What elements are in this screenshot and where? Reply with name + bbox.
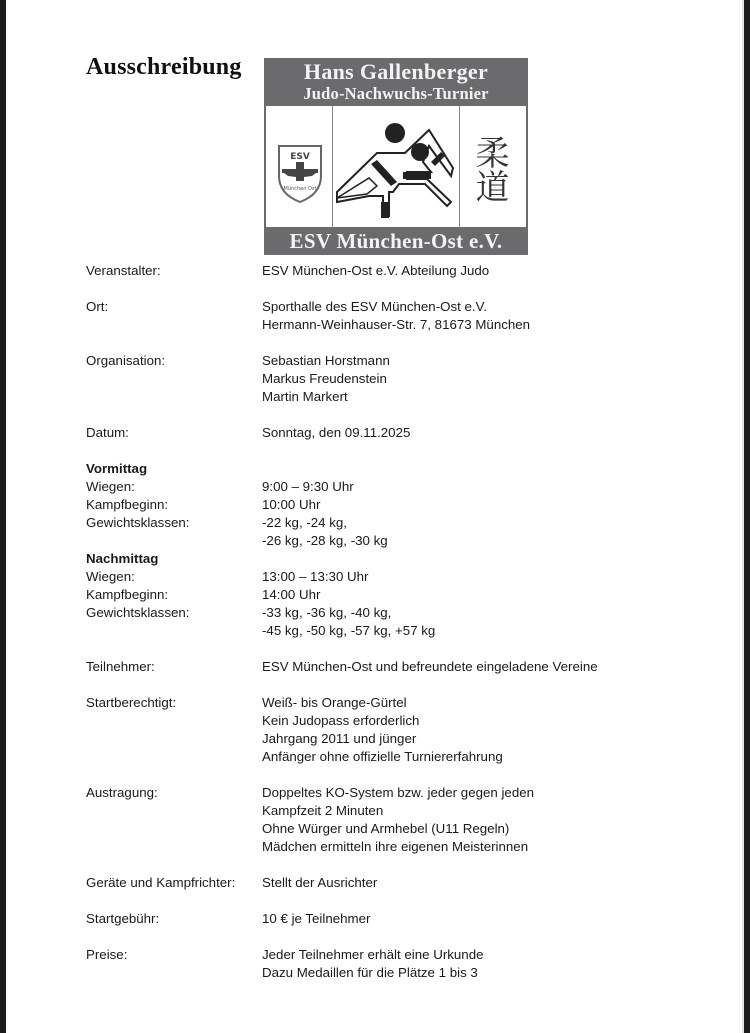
value-line: Kein Judopass erforderlich [262, 712, 726, 730]
logo-image-row: ESV München Ost [266, 106, 526, 227]
spacer [86, 406, 726, 424]
value-ort: Sporthalle des ESV München-Ost e.V. Herm… [262, 298, 726, 334]
value-kampfbeginn: 10:00 Uhr [262, 496, 726, 514]
logo-footer: ESV München-Ost e.V. [264, 227, 528, 255]
spacer [86, 856, 726, 874]
row-datum: Datum: Sonntag, den 09.11.2025 [86, 424, 726, 442]
label-startberechtigt: Startberechtigt: [86, 694, 262, 766]
value-line: -26 kg, -28 kg, -30 kg [262, 532, 726, 550]
value-line: Sonntag, den 09.11.2025 [262, 424, 726, 442]
row-geraete: Geräte und Kampfrichter: Stellt der Ausr… [86, 874, 726, 892]
value-line: Martin Markert [262, 388, 726, 406]
row-startberechtigt: Startberechtigt: Weiß- bis Orange-Gürtel… [86, 694, 726, 766]
spacer [86, 334, 726, 352]
value-line: Anfänger ohne offizielle Turniererfahrun… [262, 748, 726, 766]
value-veranstalter: ESV München-Ost e.V. Abteilung Judo [262, 262, 726, 280]
value-organisation: Sebastian Horstmann Markus Freudenstein … [262, 352, 726, 406]
row-nachmittag-gewichtsklassen: Gewichtsklassen: -33 kg, -36 kg, -40 kg,… [86, 604, 726, 640]
value-geraete: Stellt der Ausrichter [262, 874, 726, 892]
esv-crest-icon: ESV München Ost [266, 106, 332, 227]
row-austragung: Austragung: Doppeltes KO-System bzw. jed… [86, 784, 726, 856]
label-austragung: Austragung: [86, 784, 262, 856]
judo-kanji: 柔道 [474, 114, 514, 224]
value-teilnehmer: ESV München-Ost und befreundete eingelad… [262, 658, 726, 676]
club-crest-cell: ESV München Ost [266, 106, 333, 227]
value-line: -45 kg, -50 kg, -57 kg, +57 kg [262, 622, 726, 640]
tournament-logo: Hans Gallenberger Judo-Nachwuchs-Turnier… [264, 58, 528, 255]
label-wiegen: Wiegen: [86, 478, 262, 496]
value-wiegen: 13:00 – 13:30 Uhr [262, 568, 726, 586]
document-page: Ausschreibung Hans Gallenberger Judo-Nac… [6, 0, 744, 1033]
label-kampfbeginn: Kampfbeginn: [86, 496, 262, 514]
value-wiegen: 9:00 – 9:30 Uhr [262, 478, 726, 496]
value-line: Ohne Würger und Armhebel (U11 Regeln) [262, 820, 726, 838]
label-datum: Datum: [86, 424, 262, 442]
label-veranstalter: Veranstalter: [86, 262, 262, 280]
heading-nachmittag: Nachmittag [86, 550, 726, 568]
spacer [86, 640, 726, 658]
label-gewichtsklassen: Gewichtsklassen: [86, 604, 262, 640]
value-preise: Jeder Teilnehmer erhält eine Urkunde Daz… [262, 946, 726, 982]
value-kampfbeginn: 14:00 Uhr [262, 586, 726, 604]
row-veranstalter: Veranstalter: ESV München-Ost e.V. Abtei… [86, 262, 726, 280]
value-line: Dazu Medaillen für die Plätze 1 bis 3 [262, 964, 726, 982]
value-line: Sebastian Horstmann [262, 352, 726, 370]
heading-vormittag: Vormittag [86, 460, 726, 478]
spacer [86, 280, 726, 298]
row-nachmittag-wiegen: Wiegen: 13:00 – 13:30 Uhr [86, 568, 726, 586]
page-title: Ausschreibung [86, 54, 242, 81]
value-datum: Sonntag, den 09.11.2025 [262, 424, 726, 442]
svg-text:ESV: ESV [290, 152, 310, 162]
value-startgebuehr: 10 € je Teilnehmer [262, 910, 726, 928]
spacer [86, 928, 726, 946]
value-line: ESV München-Ost e.V. Abteilung Judo [262, 262, 726, 280]
value-line: Sporthalle des ESV München-Ost e.V. [262, 298, 726, 316]
row-organisation: Organisation: Sebastian Horstmann Markus… [86, 352, 726, 406]
value-line: Mädchen ermitteln ihre eigenen Meisterin… [262, 838, 726, 856]
value-line: ESV München-Ost und befreundete eingelad… [262, 658, 726, 676]
value-line: Kampfzeit 2 Minuten [262, 802, 726, 820]
value-gewichtsklassen: -33 kg, -36 kg, -40 kg, -45 kg, -50 kg, … [262, 604, 726, 640]
judo-pictogram-cell [333, 106, 460, 227]
judo-fighters-icon [333, 106, 459, 227]
label-preise: Preise: [86, 946, 262, 982]
row-nachmittag-kampfbeginn: Kampfbeginn: 14:00 Uhr [86, 586, 726, 604]
row-preise: Preise: Jeder Teilnehmer erhält eine Urk… [86, 946, 726, 982]
spacer [86, 892, 726, 910]
kanji-cell: 柔道 [460, 106, 526, 227]
label-ort: Ort: [86, 298, 262, 334]
label-startgebuehr: Startgebühr: [86, 910, 262, 928]
label-wiegen: Wiegen: [86, 568, 262, 586]
label-organisation: Organisation: [86, 352, 262, 406]
row-teilnehmer: Teilnehmer: ESV München-Ost und befreund… [86, 658, 726, 676]
value-gewichtsklassen: -22 kg, -24 kg, -26 kg, -28 kg, -30 kg [262, 514, 726, 550]
logo-title: Hans Gallenberger [264, 58, 528, 85]
label-geraete: Geräte und Kampfrichter: [86, 874, 262, 892]
logo-header: Hans Gallenberger Judo-Nachwuchs-Turnier [264, 58, 528, 106]
tournament-details: Veranstalter: ESV München-Ost e.V. Abtei… [86, 262, 726, 982]
value-austragung: Doppeltes KO-System bzw. jeder gegen jed… [262, 784, 726, 856]
logo-subtitle: Judo-Nachwuchs-Turnier [264, 85, 528, 103]
row-ort: Ort: Sporthalle des ESV München-Ost e.V.… [86, 298, 726, 334]
value-line: Doppeltes KO-System bzw. jeder gegen jed… [262, 784, 726, 802]
value-startberechtigt: Weiß- bis Orange-Gürtel Kein Judopass er… [262, 694, 726, 766]
value-line: 10 € je Teilnehmer [262, 910, 726, 928]
spacer [86, 442, 726, 460]
row-vormittag-kampfbeginn: Kampfbeginn: 10:00 Uhr [86, 496, 726, 514]
value-line: Markus Freudenstein [262, 370, 726, 388]
value-line: -33 kg, -36 kg, -40 kg, [262, 604, 726, 622]
row-vormittag-wiegen: Wiegen: 9:00 – 9:30 Uhr [86, 478, 726, 496]
label-kampfbeginn: Kampfbeginn: [86, 586, 262, 604]
value-line: Weiß- bis Orange-Gürtel [262, 694, 726, 712]
value-line: -22 kg, -24 kg, [262, 514, 726, 532]
value-line: Jahrgang 2011 und jünger [262, 730, 726, 748]
spacer [86, 766, 726, 784]
row-startgebuehr: Startgebühr: 10 € je Teilnehmer [86, 910, 726, 928]
spacer [86, 676, 726, 694]
label-gewichtsklassen: Gewichtsklassen: [86, 514, 262, 550]
value-line: Jeder Teilnehmer erhält eine Urkunde [262, 946, 726, 964]
row-vormittag-gewichtsklassen: Gewichtsklassen: -22 kg, -24 kg, -26 kg,… [86, 514, 726, 550]
value-line: Stellt der Ausrichter [262, 874, 726, 892]
svg-text:München Ost: München Ost [284, 186, 317, 192]
value-line: Hermann-Weinhauser-Str. 7, 81673 München [262, 316, 726, 334]
label-teilnehmer: Teilnehmer: [86, 658, 262, 676]
